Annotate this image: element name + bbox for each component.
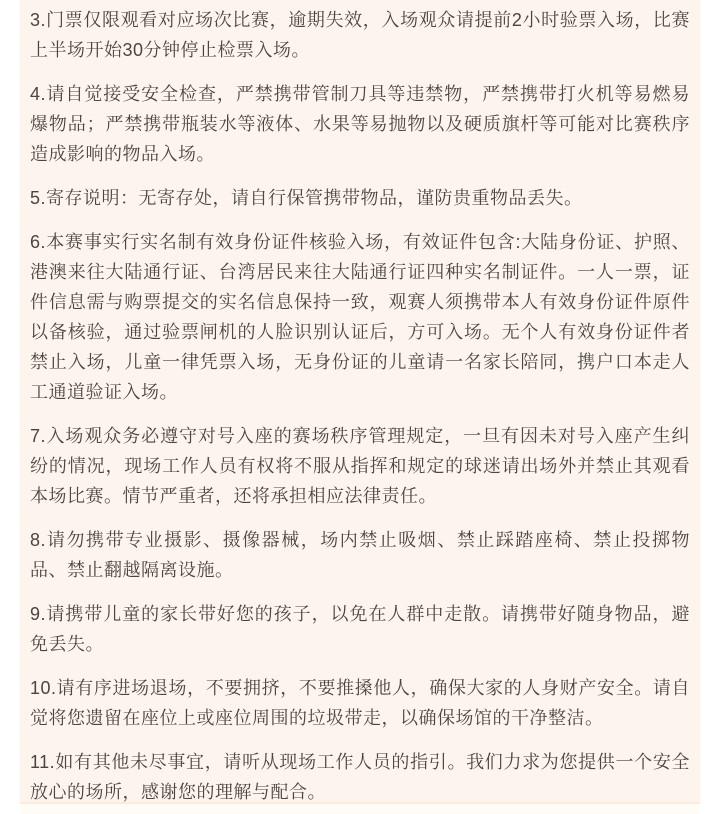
notice-item-9: 9.请携带儿童的家长带好您的孩子，以免在人群中走散。请携带好随身物品，避免丢失。: [30, 599, 690, 659]
notice-item-4: 4.请自觉接受安全检查，严禁携带管制刀具等违禁物，严禁携带打火机等易燃易爆物品；…: [30, 79, 690, 169]
notice-item-8: 8.请勿携带专业摄影、摄像器械，场内禁止吸烟、禁止踩踏座椅、禁止投掷物品、禁止翻…: [30, 525, 690, 585]
notice-item-5: 5.寄存说明：无寄存处，请自行保管携带物品，谨防贵重物品丢失。: [30, 183, 690, 213]
section-divider: [20, 802, 700, 814]
notice-item-10: 10.请有序进场退场，不要拥挤，不要推搡他人，确保大家的人身财产安全。请自觉将您…: [30, 673, 690, 733]
notice-item-6: 6.本赛事实行实名制有效身份证件核验入场，有效证件包含:大陆身份证、护照、港澳来…: [30, 227, 690, 407]
ticket-notice-card: 3.门票仅限观看对应场次比赛，逾期失效，入场观众请提前2小时验票入场，比赛上半场…: [20, 0, 700, 802]
notice-item-11: 11.如有其他未尽事宜，请听从现场工作人员的指引。我们力求为您提供一个安全放心的…: [30, 747, 690, 807]
notice-item-3: 3.门票仅限观看对应场次比赛，逾期失效，入场观众请提前2小时验票入场，比赛上半场…: [30, 5, 690, 65]
notice-item-7: 7.入场观众务必遵守对号入座的赛场秩序管理规定，一旦有因未对号入座产生纠纷的情况…: [30, 421, 690, 511]
